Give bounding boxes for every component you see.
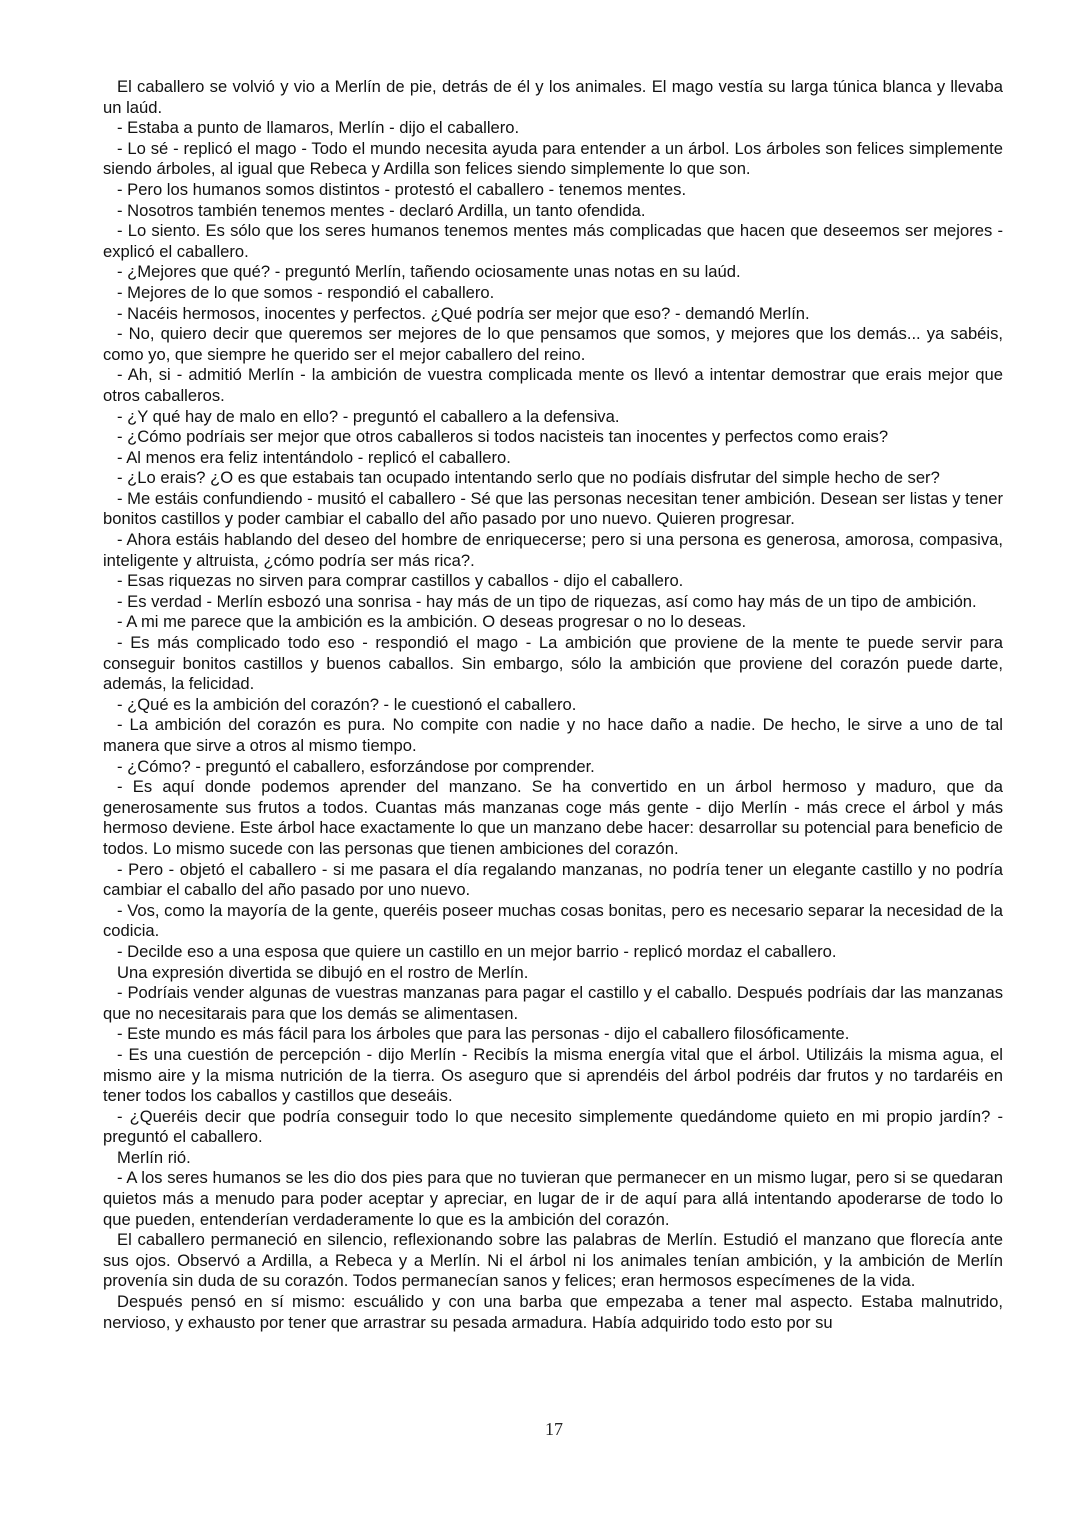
paragraph: - Es verdad - Merlín esbozó una sonrisa …: [103, 592, 1003, 613]
paragraph: - ¿Queréis decir que podría conseguir to…: [103, 1107, 1003, 1148]
paragraph: - Decilde eso a una esposa que quiere un…: [103, 942, 1003, 963]
paragraph: - Nacéis hermosos, inocentes y perfectos…: [103, 304, 1003, 325]
paragraph: - ¿Lo erais? ¿O es que estabais tan ocup…: [103, 468, 1003, 489]
paragraph: - Es aquí donde podemos aprender del man…: [103, 777, 1003, 859]
paragraph: - Este mundo es más fácil para los árbol…: [103, 1024, 1003, 1045]
paragraph: - Pero los humanos somos distintos - pro…: [103, 180, 1003, 201]
paragraph: Una expresión divertida se dibujó en el …: [103, 963, 1003, 984]
paragraph: - ¿Cómo? - preguntó el caballero, esforz…: [103, 757, 1003, 778]
paragraph: - Al menos era feliz intentándolo - repl…: [103, 448, 1003, 469]
paragraph: El caballero se volvió y vio a Merlín de…: [103, 77, 1003, 118]
paragraph: - Ah, si - admitió Merlín - la ambición …: [103, 365, 1003, 406]
paragraph: - Esas riquezas no sirven para comprar c…: [103, 571, 1003, 592]
paragraph: - Mejores de lo que somos - respondió el…: [103, 283, 1003, 304]
paragraph: - ¿Cómo podríais ser mejor que otros cab…: [103, 427, 1003, 448]
page-body: El caballero se volvió y vio a Merlín de…: [103, 77, 1003, 1333]
page-number: 17: [0, 1419, 1080, 1440]
paragraph: - Lo sé - replicó el mago - Todo el mund…: [103, 139, 1003, 180]
paragraph: - No, quiero decir que queremos ser mejo…: [103, 324, 1003, 365]
paragraph: - ¿Y qué hay de malo en ello? - preguntó…: [103, 407, 1003, 428]
paragraph: - Me estáis confundiendo - musitó el cab…: [103, 489, 1003, 530]
paragraph: - A los seres humanos se les dio dos pie…: [103, 1168, 1003, 1230]
paragraph: - Podríais vender algunas de vuestras ma…: [103, 983, 1003, 1024]
paragraph: - Es más complicado todo eso - respondió…: [103, 633, 1003, 695]
paragraph: - ¿Mejores que qué? - preguntó Merlín, t…: [103, 262, 1003, 283]
paragraph: Después pensó en sí mismo: escuálido y c…: [103, 1292, 1003, 1333]
paragraph: - Estaba a punto de llamaros, Merlín - d…: [103, 118, 1003, 139]
paragraph: - Pero - objetó el caballero - si me pas…: [103, 860, 1003, 901]
paragraph: - A mi me parece que la ambición es la a…: [103, 612, 1003, 633]
paragraph: - Lo siento. Es sólo que los seres human…: [103, 221, 1003, 262]
paragraph: El caballero permaneció en silencio, ref…: [103, 1230, 1003, 1292]
paragraph: - ¿Qué es la ambición del corazón? - le …: [103, 695, 1003, 716]
paragraph: - Nosotros también tenemos mentes - decl…: [103, 201, 1003, 222]
paragraph: - Ahora estáis hablando del deseo del ho…: [103, 530, 1003, 571]
paragraph: - Es una cuestión de percepción - dijo M…: [103, 1045, 1003, 1107]
paragraph: - Vos, como la mayoría de la gente, quer…: [103, 901, 1003, 942]
paragraph: Merlín rió.: [103, 1148, 1003, 1169]
paragraph: - La ambición del corazón es pura. No co…: [103, 715, 1003, 756]
